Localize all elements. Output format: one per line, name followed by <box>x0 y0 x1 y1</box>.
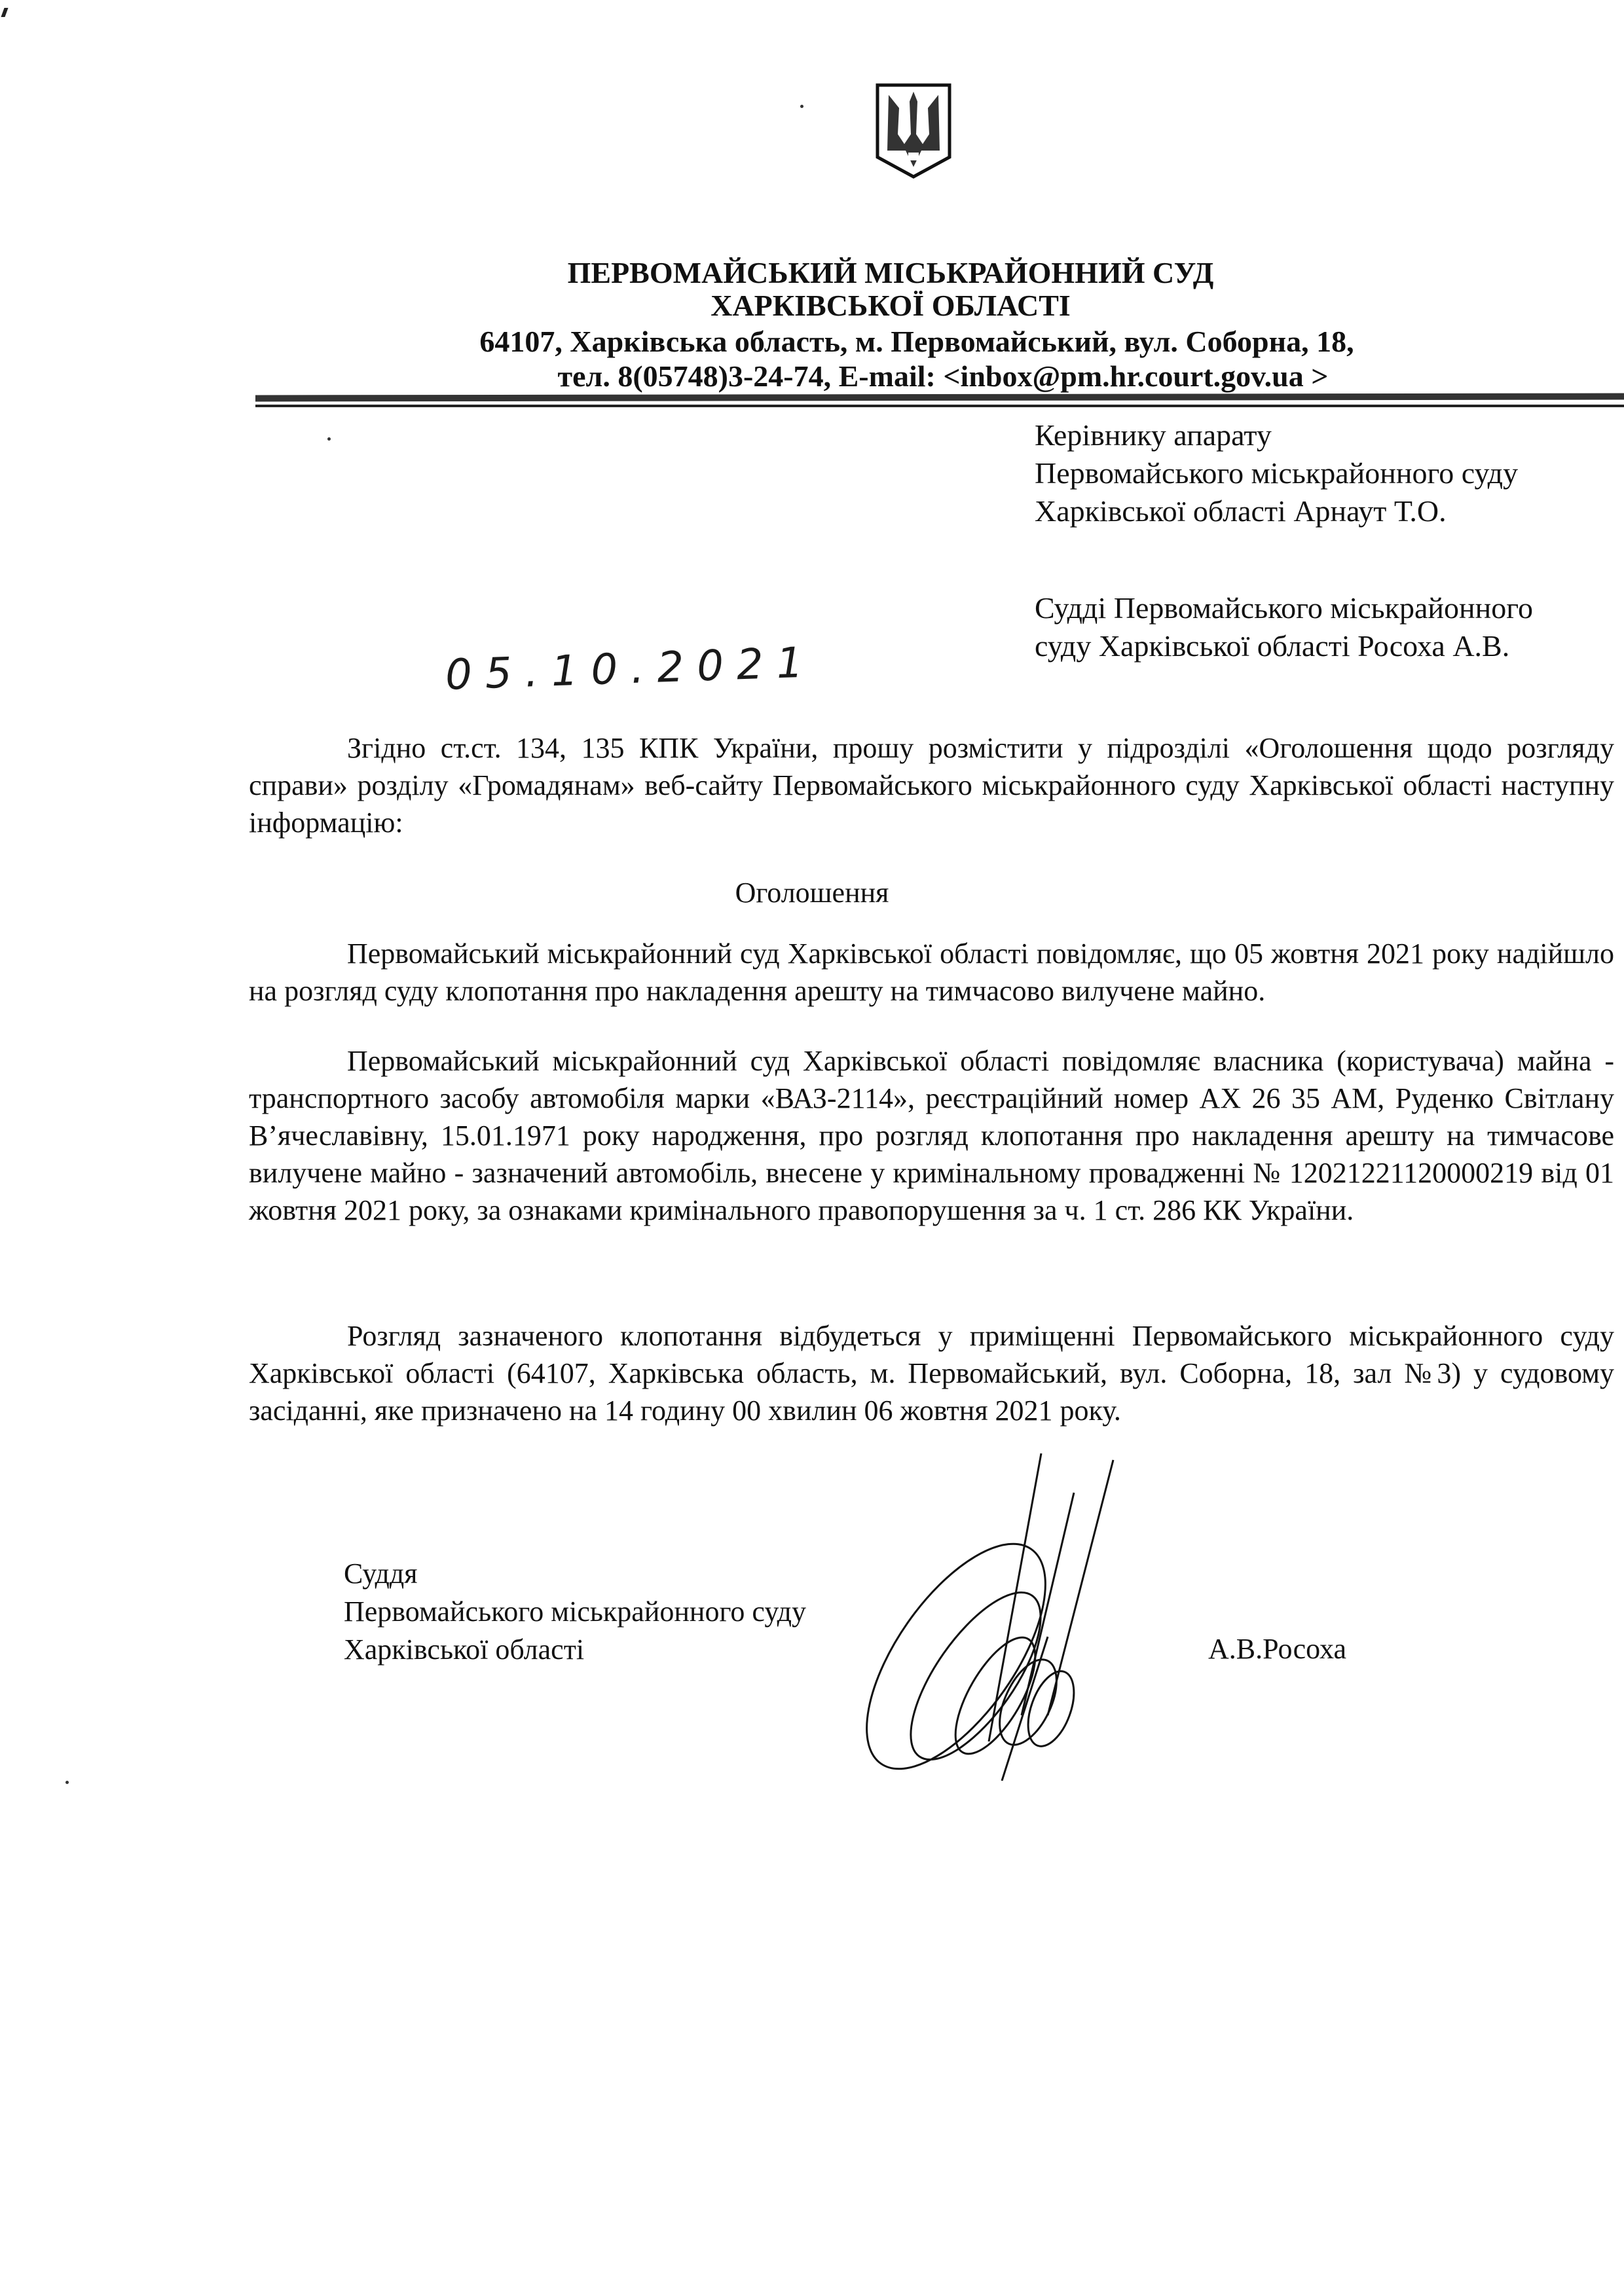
addressee-line: суду Харківської області Росоха А.В. <box>1035 627 1533 665</box>
scan-speck <box>800 105 803 108</box>
court-contacts: тел. 8(05748)3-24-74, E-mail: <inbox@pm.… <box>157 359 1624 393</box>
court-name: ПЕРВОМАЙСЬКИЙ МІСЬКРАЙОННИЙ СУД <box>79 255 1624 290</box>
court-address: 64107, Харківська область, м. Первомайсь… <box>131 324 1624 359</box>
signer-title: Суддя <box>344 1555 806 1593</box>
addressee-block: Судді Первомайського міськрайонного суду… <box>1035 589 1533 665</box>
addressee-line: Харківської області Арнаут Т.О. <box>1035 492 1518 530</box>
handwritten-signature-icon <box>825 1440 1192 1781</box>
addressee-line: Керівнику апарату <box>1035 416 1518 454</box>
addressee-block: Керівнику апарату Первомайського міськра… <box>1035 416 1518 530</box>
addressee-line: Судді Первомайського міськрайонного <box>1035 589 1533 627</box>
handwritten-date: 05.10.2021 <box>445 638 817 700</box>
signer-title: Харківської області <box>344 1631 806 1669</box>
signature-block: Суддя Первомайського міськрайонного суду… <box>344 1555 806 1669</box>
header-divider <box>255 393 1624 402</box>
scan-speck <box>65 1781 69 1784</box>
signer-name: А.В.Росоха <box>1208 1632 1346 1666</box>
coat-of-arms-icon <box>874 82 953 180</box>
signer-title: Первомайського міськрайонного суду <box>344 1593 806 1631</box>
scan-corner-mark <box>1 8 8 17</box>
announcement-paragraph: Первомайський міськрайонний суд Харківсь… <box>249 1042 1614 1229</box>
announcement-paragraph: Первомайський міськрайонний суд Харківсь… <box>249 935 1614 1010</box>
header-divider <box>255 405 1624 407</box>
scan-speck <box>327 437 331 441</box>
announcement-title: Оголошення <box>0 876 1624 909</box>
court-region: ХАРКІВСЬКОЇ ОБЛАСТІ <box>79 288 1624 323</box>
addressee-line: Первомайського міськрайонного суду <box>1035 454 1518 492</box>
announcement-paragraph: Розгляд зазначеного клопотання відбудеть… <box>249 1317 1614 1429</box>
intro-paragraph: Згідно ст.ст. 134, 135 КПК України, прош… <box>249 729 1614 841</box>
